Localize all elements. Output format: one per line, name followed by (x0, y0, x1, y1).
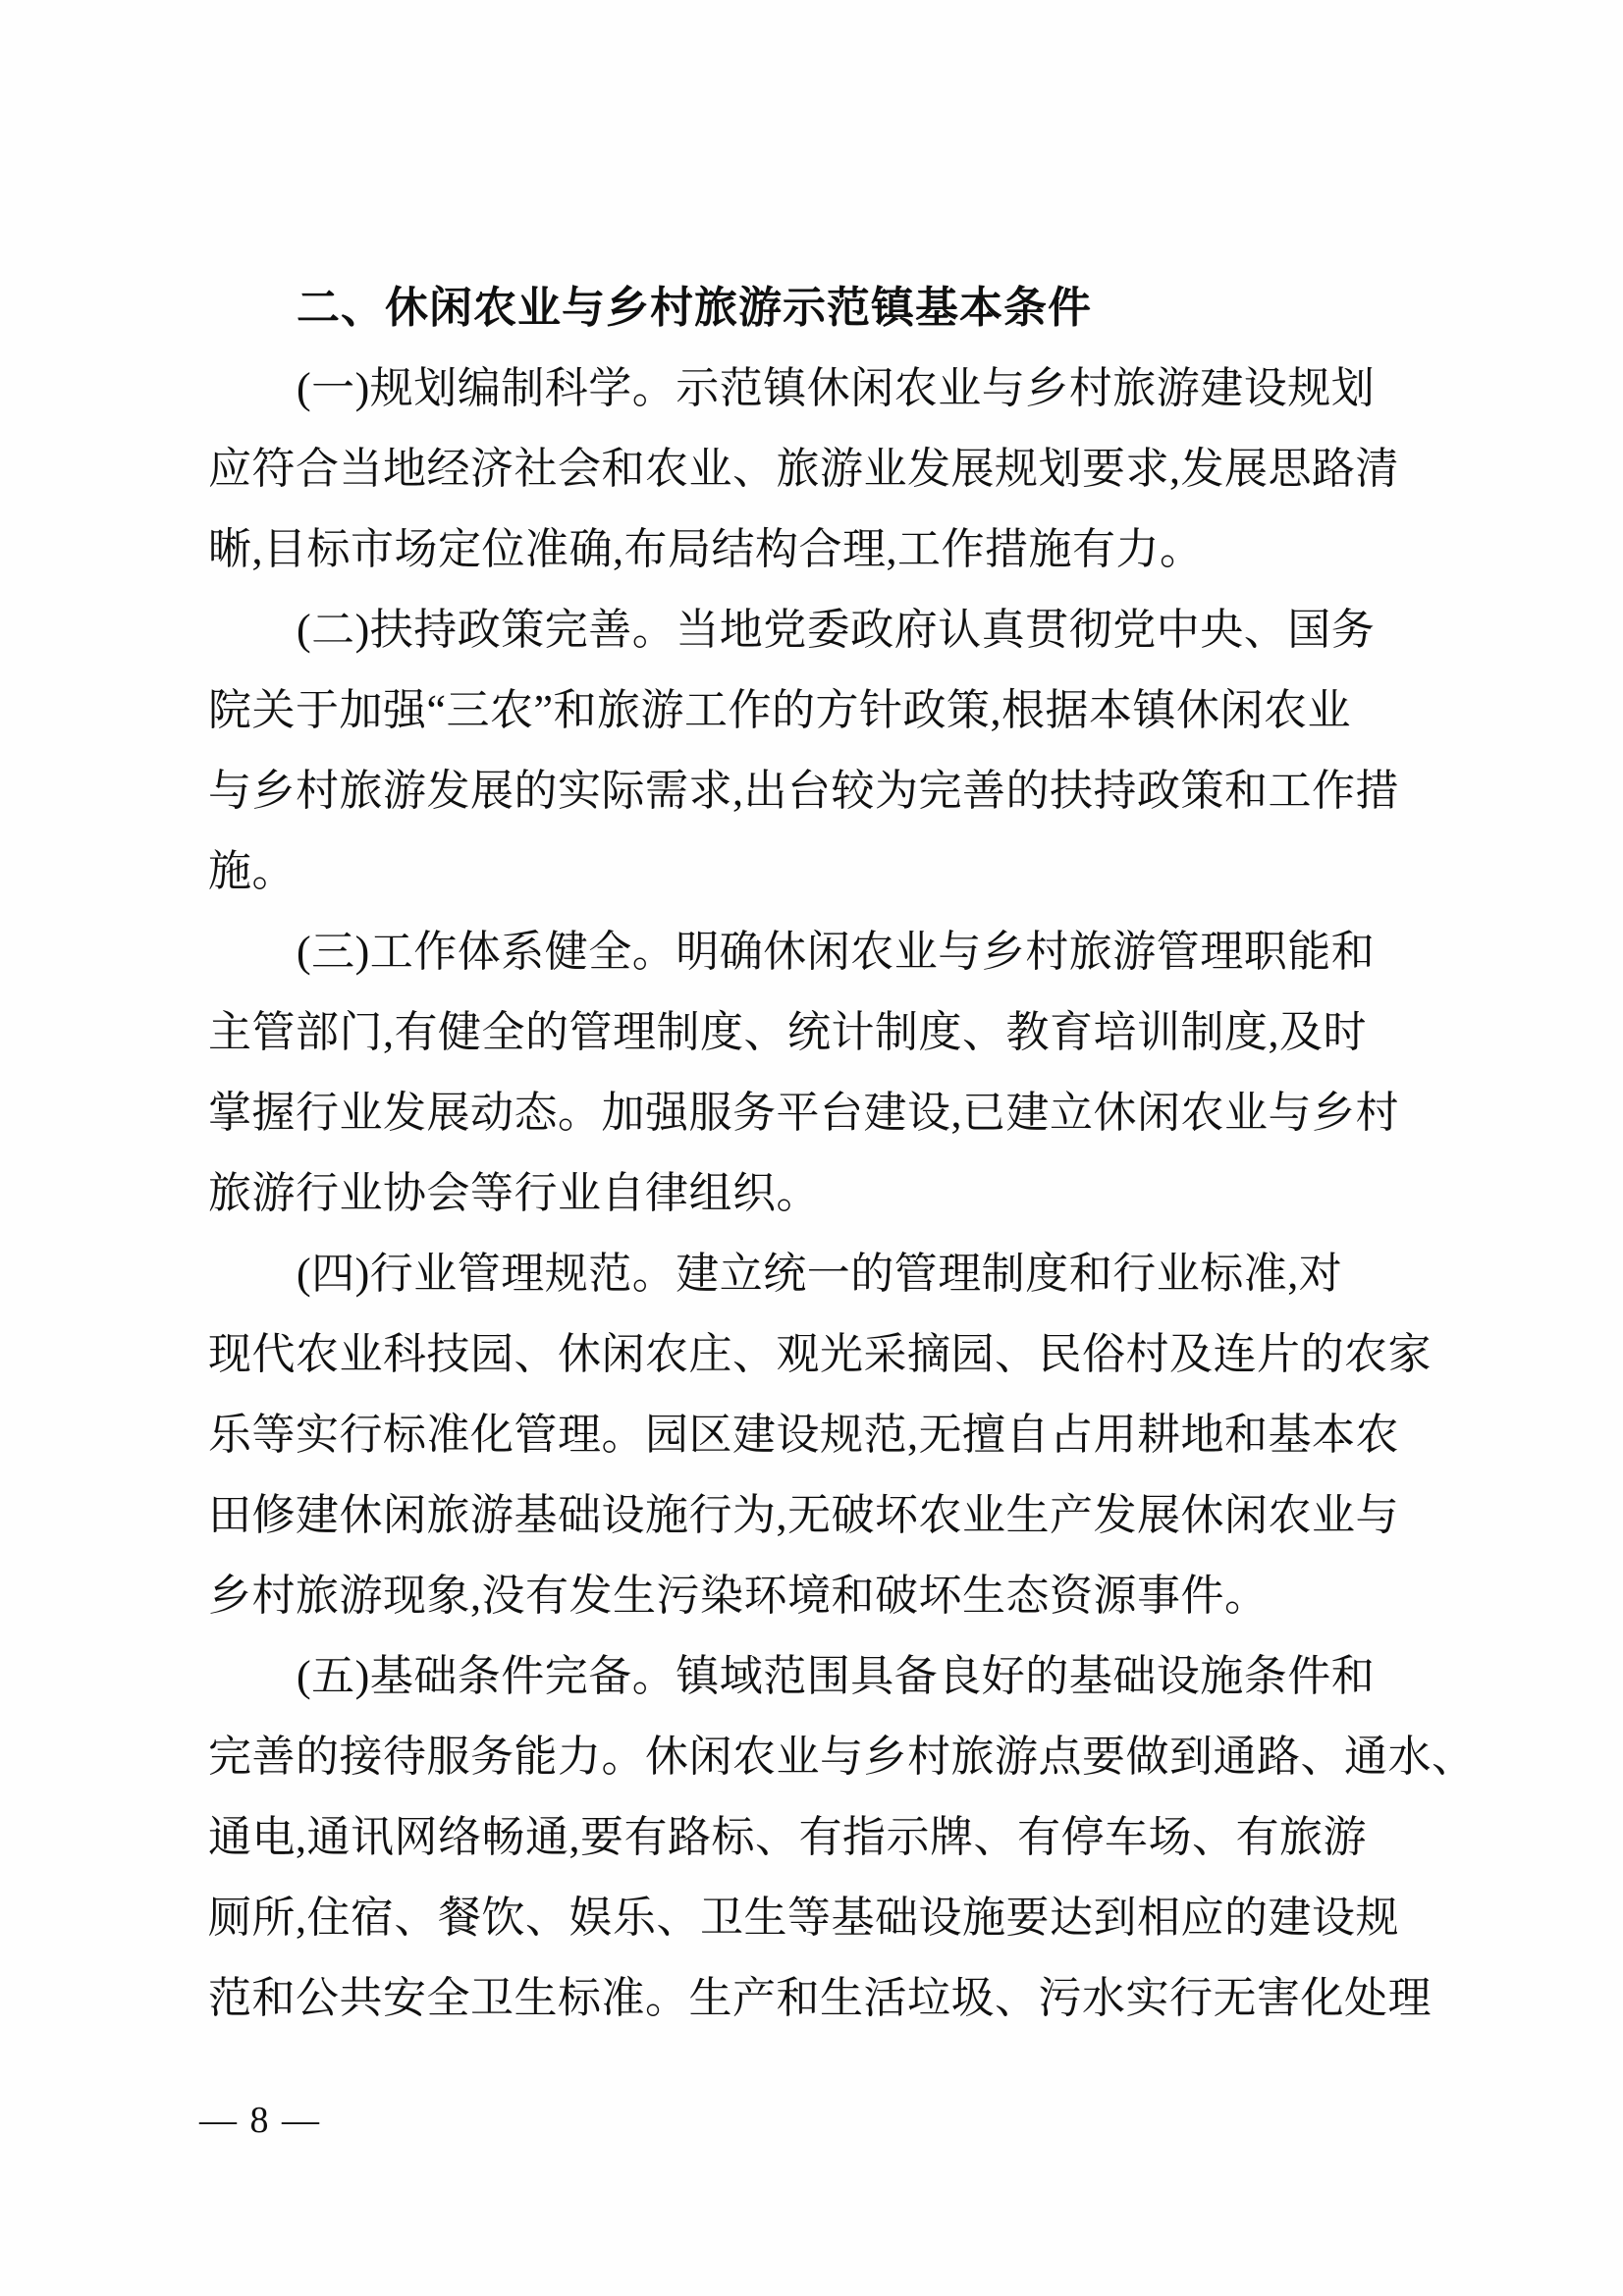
text-line: 完善的接待服务能力。休闲农业与乡村旅游点要做到通路、通水、 (208, 1712, 1431, 1792)
text-line: (四)行业管理规范。建立统一的管理制度和行业标准,对 (208, 1229, 1431, 1309)
text-line: 与乡村旅游发展的实际需求,出台较为完善的扶持政策和工作措 (208, 746, 1431, 827)
paragraph: (三)工作体系健全。明确休闲农业与乡村旅游管理职能和 主管部门,有健全的管理制度… (208, 907, 1431, 1229)
text-line: 厕所,住宿、餐饮、娱乐、卫生等基础设施要达到相应的建设规 (208, 1873, 1431, 1953)
page-number: — 8 — (199, 2098, 321, 2143)
text-line: (五)基础条件完备。镇域范围具备良好的基础设施条件和 (208, 1631, 1431, 1712)
text-line: 施。 (208, 827, 1431, 907)
text-line: 应符合当地经济社会和农业、旅游业发展规划要求,发展思路清 (208, 424, 1431, 505)
text-line: (二)扶持政策完善。当地党委政府认真贯彻党中央、国务 (208, 585, 1431, 666)
text-line: 掌握行业发展动态。加强服务平台建设,已建立休闲农业与乡村 (208, 1068, 1431, 1148)
text-line: 院关于加强“三农”和旅游工作的方针政策,根据本镇休闲农业 (208, 666, 1431, 746)
paragraph: (一)规划编制科学。示范镇休闲农业与乡村旅游建设规划 应符合当地经济社会和农业、… (208, 344, 1431, 585)
text-line: (一)规划编制科学。示范镇休闲农业与乡村旅游建设规划 (208, 344, 1431, 424)
text-line: 范和公共安全卫生标准。生产和生活垃圾、污水实行无害化处理 (208, 1953, 1431, 2034)
document-page: 二、休闲农业与乡村旅游示范镇基本条件 (一)规划编制科学。示范镇休闲农业与乡村旅… (0, 0, 1623, 2296)
text-line: 田修建休闲旅游基础设施行为,无破坏农业生产发展休闲农业与 (208, 1470, 1431, 1551)
text-line: 乐等实行标准化管理。园区建设规范,无擅自占用耕地和基本农 (208, 1390, 1431, 1470)
text-line: 现代农业科技园、休闲农庄、观光采摘园、民俗村及连片的农家 (208, 1309, 1431, 1390)
paragraph: (二)扶持政策完善。当地党委政府认真贯彻党中央、国务 院关于加强“三农”和旅游工… (208, 585, 1431, 907)
text-line: (三)工作体系健全。明确休闲农业与乡村旅游管理职能和 (208, 907, 1431, 988)
text-line: 乡村旅游现象,没有发生污染环境和破坏生态资源事件。 (208, 1551, 1431, 1631)
text-line: 通电,通讯网络畅通,要有路标、有指示牌、有停车场、有旅游 (208, 1792, 1431, 1873)
section-heading: 二、休闲农业与乡村旅游示范镇基本条件 (208, 263, 1431, 344)
text-line: 旅游行业协会等行业自律组织。 (208, 1148, 1431, 1229)
text-line: 主管部门,有健全的管理制度、统计制度、教育培训制度,及时 (208, 988, 1431, 1068)
document-body: 二、休闲农业与乡村旅游示范镇基本条件 (一)规划编制科学。示范镇休闲农业与乡村旅… (208, 263, 1431, 2034)
paragraph: (五)基础条件完备。镇域范围具备良好的基础设施条件和 完善的接待服务能力。休闲农… (208, 1631, 1431, 2034)
paragraph: (四)行业管理规范。建立统一的管理制度和行业标准,对 现代农业科技园、休闲农庄、… (208, 1229, 1431, 1631)
text-line: 晰,目标市场定位准确,布局结构合理,工作措施有力。 (208, 505, 1431, 585)
